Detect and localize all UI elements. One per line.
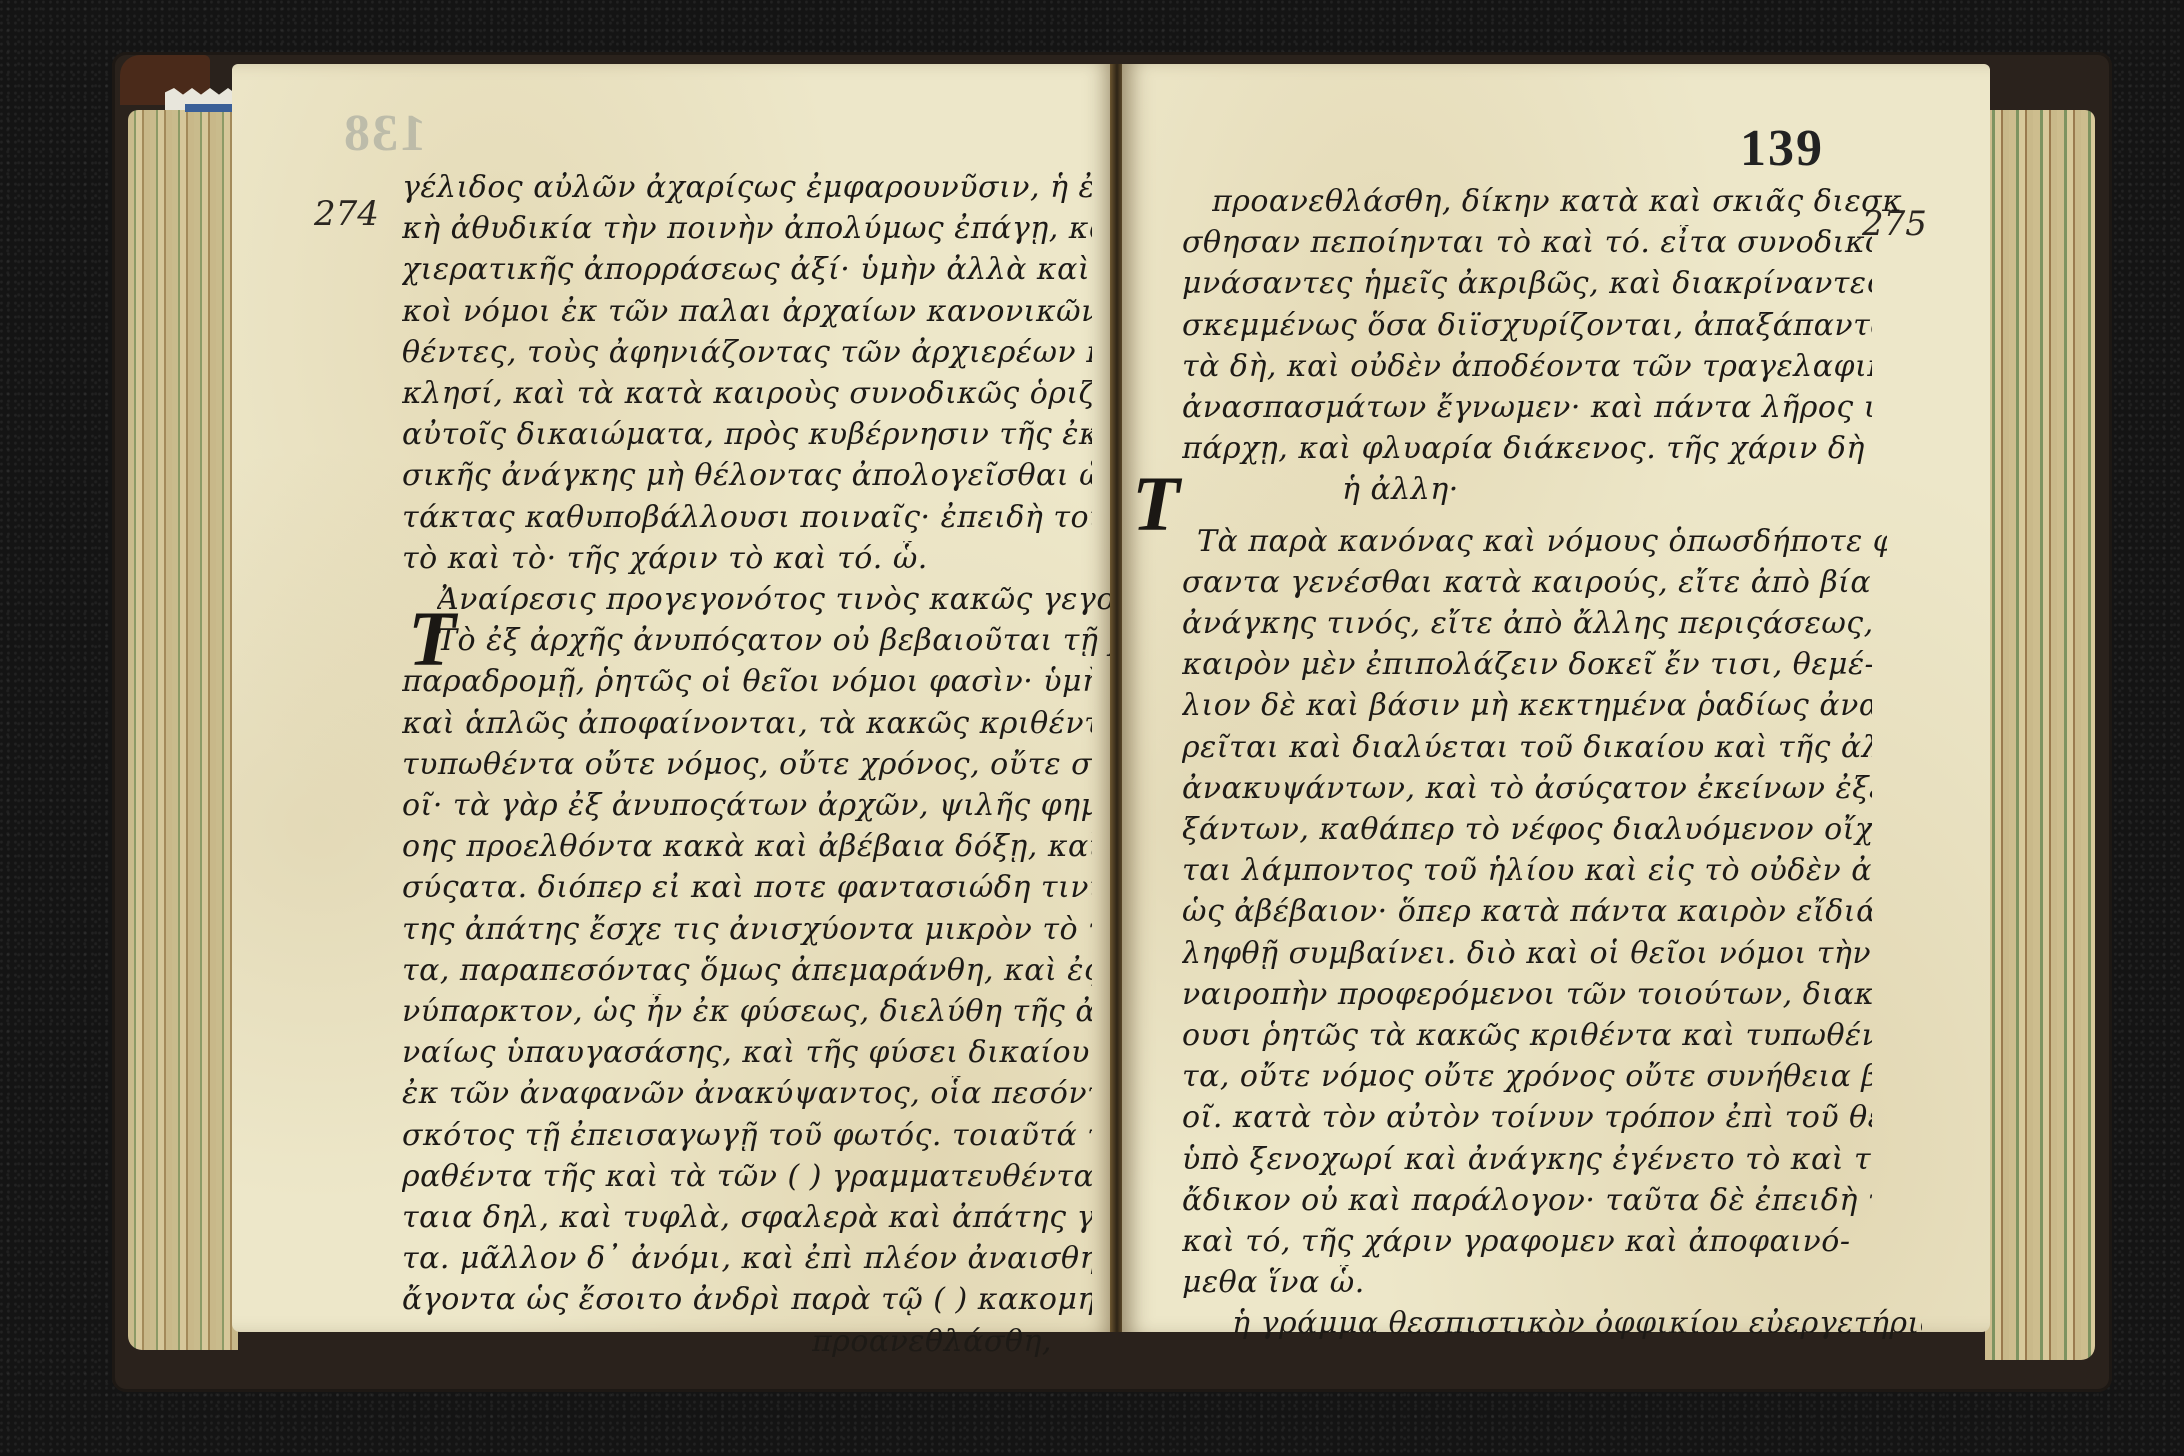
manuscript-line: τάκτας καθυποβάλλουσι ποιναῖς· ἐπειδὴ το… xyxy=(402,500,1092,535)
manuscript-line: ραθέντα τῆς καὶ τὰ τῶν ( ) γραμματευθέντ… xyxy=(402,1159,1092,1194)
manuscript-line: ἐκ τῶν ἀναφανῶν ἀνακύψαντος, οἷα πεσόντο… xyxy=(402,1076,1092,1111)
manuscript-line: ουσι ῥητῶς τὰ κακῶς κριθέντα καὶ τυπωθέν… xyxy=(1182,1018,1872,1053)
decorated-initial: T xyxy=(408,594,456,684)
manuscript-line: θέντες, τοὺς ἀφηνιάζοντας τῶν ἀρχιερέων … xyxy=(402,335,1092,370)
manuscript-line: της ἀπάτης ἔσχε τις ἀνισχύοντα μικρὸν τὸ… xyxy=(402,912,1092,947)
left-page-edges xyxy=(128,110,238,1350)
manuscript-line: Τὸ ἐξ ἀρχῆς ἀνυπόςατον οὐ βεβαιοῦται τῇ … xyxy=(437,623,1127,658)
manuscript-line: ὑπὸ ξενοχωρί καὶ ἀνάγκης ἐγένετο τὸ καὶ … xyxy=(1182,1142,1872,1177)
manuscript-line: σαντα γενέσθαι κατὰ καιρούς, εἴτε ἀπὸ βί… xyxy=(1182,565,1872,600)
manuscript-line: ναίως ὑπαυγασάσης, καὶ τῆς φύσει δικαίου… xyxy=(402,1035,1092,1070)
manuscript-line: τα, οὔτε νόμος οὔτε χρόνος οὔτε συνήθεια… xyxy=(1182,1059,1872,1094)
manuscript-line: αὐτοῖς δικαιώματα, πρὸς κυβέρνησιν τῆς ἐ… xyxy=(402,417,1092,452)
manuscript-line: ληφθῇ συμβαίνει. διὸ καὶ οἱ θεῖοι νόμοι … xyxy=(1182,936,1872,971)
manuscript-line: οῖ. κατὰ τὸν αὐτὸν τοίνυν τρόπον ἐπὶ τοῦ… xyxy=(1182,1100,1872,1135)
manuscript-line: νύπαρκτον, ὡς ἦν ἐκ φύσεως, διελύθη τῆς … xyxy=(402,994,1092,1029)
manuscript-line: λιον δὲ καὶ βάσιν μὴ κεκτημένα ῥαδίως ἀν… xyxy=(1182,688,1872,723)
manuscript-line: κλησί, καὶ τὰ κατὰ καιροὺς συνοδικῶς ὁρι… xyxy=(402,376,1092,411)
manuscript-line: ἀνασπασμάτων ἔγνωμεν· καὶ πάντα λῆρος ὑ- xyxy=(1182,390,1872,425)
manuscript-line: τὰ δὴ, καὶ οὐδὲν ἀποδέοντα τῶν τραγελαφι… xyxy=(1182,349,1872,384)
manuscript-line: Ἀναίρεσις προγεγονότος τινὸς κακῶς γεγον… xyxy=(437,582,1127,617)
manuscript-line: ἀνακυψάντων, καὶ τὸ ἀσύςατον ἐκείνων ἐξε… xyxy=(1182,771,1872,806)
folio-number: 139 xyxy=(1740,119,1824,178)
right-page-edges xyxy=(1985,110,2095,1360)
ghost-folio-number: 138 xyxy=(342,104,426,163)
manuscript-line: καιρὸν μὲν ἐπιπολάζειν δοκεῖ ἔν τισι, θε… xyxy=(1182,647,1872,682)
manuscript-line: μνάσαντες ἡμεῖς ἀκριβῶς, καὶ διακρίναντε… xyxy=(1182,266,1872,301)
manuscript-line: ταια δηλ, καὶ τυφλὰ, σφαλερὰ καὶ ἀπάτης … xyxy=(402,1200,1092,1235)
manuscript-line: ται λάμποντος τοῦ ἡλίου καὶ εἰς τὸ οὐδὲν… xyxy=(1182,853,1872,888)
manuscript-line: ναιροπὴν προφερόμενοι τῶν τοιούτων, διακ… xyxy=(1182,977,1872,1012)
manuscript-line: σθησαν πεποίηνται τὸ καὶ τό. εἶτα συνοδι… xyxy=(1182,225,1872,260)
manuscript-line: οῖ· τὰ γὰρ ἐξ ἀνυποςάτων ἀρχῶν, ψιλῆς φη… xyxy=(402,788,1092,823)
manuscript-line: προανεθλάσθη, xyxy=(812,1324,1112,1359)
manuscript-line: ξάντων, καθάπερ τὸ νέφος διαλυόμενον οἴχ… xyxy=(1182,812,1872,847)
margin-number: 274 xyxy=(314,194,379,234)
manuscript-line: ἄγοντα ὡς ἔσοιτο ἀνδρὶ παρὰ τῷ ( ) κακομ… xyxy=(402,1282,1092,1317)
manuscript-line: τυπωθέντα οὔτε νόμος, οὔτε χρόνος, οὔτε … xyxy=(402,747,1092,782)
manuscript-line: τα. μᾶλλον δ᾽ ἀνόμι, καὶ ἐπὶ πλέον ἀναισ… xyxy=(402,1241,1092,1276)
manuscript-line: ἀνάγκης τινός, εἴτε ἀπὸ ἄλλης περιςάσεως… xyxy=(1182,606,1872,641)
right-page: 139 275 προανεθλάσθη, δίκην κατὰ καὶ σκι… xyxy=(1122,64,1990,1332)
manuscript-line: οης προελθόντα κακὰ καὶ ἀβέβαια δόξῃ, κα… xyxy=(402,829,1092,864)
manuscript-line: τὸ καὶ τὸ· τῆς χάριν τὸ καὶ τό. ὧ. xyxy=(402,541,1092,576)
manuscript-line: σκεμμένως ὅσα διϊσχυρίζονται, ἀπαξάπαντα xyxy=(1182,308,1872,343)
manuscript-line: Τὰ παρὰ κανόνας καὶ νόμους ὁπωσδήποτε φθ… xyxy=(1197,524,1887,559)
manuscript-line: κὴ ἀθυδικία τὴν ποινὴν ἀπολύμως ἐπάγῃ, κ… xyxy=(402,211,1092,246)
manuscript-line: τα, παραπεσόντας ὅμως ἀπεμαράνθη, καὶ ἐς… xyxy=(402,953,1092,988)
manuscript-line: καὶ ἁπλῶς ἀποφαίνονται, τὰ κακῶς κριθέντ… xyxy=(402,706,1092,741)
manuscript-line: σκότος τῇ ἐπεισαγωγῇ τοῦ φωτός. τοιαῦτά … xyxy=(402,1118,1092,1153)
manuscript-line: καὶ τό, τῆς χάριν γραφομεν καὶ ἀποφαινό- xyxy=(1182,1224,1872,1259)
manuscript-line: ρεῖται καὶ διαλύεται τοῦ δικαίου καὶ τῆς… xyxy=(1182,730,1872,765)
manuscript-line: ὡς ἀβέβαιον· ὅπερ κατὰ πάντα καιρὸν εἴδι… xyxy=(1182,894,1872,929)
manuscript-line: ἡ ἀλλη· xyxy=(1342,472,2032,507)
manuscript-line: ἄδικον οὐ καὶ παράλογον· ταῦτα δὲ ἐπειδὴ… xyxy=(1182,1183,1872,1218)
manuscript-line: παραδρομῇ, ῥητῶς οἱ θεῖοι νόμοι φασὶν· ὑ… xyxy=(402,664,1092,699)
decorated-initial: T xyxy=(1132,459,1180,549)
manuscript-line: κοὶ νόμοι ἐκ τῶν παλαι ἀρχαίων κανονικῶν… xyxy=(402,294,1092,329)
manuscript-line: πάρχῃ, καὶ φλυαρία διάκενος. τῆς χάριν δ… xyxy=(1182,431,1872,466)
manuscript-line: μεθα ἵνα ὧ. xyxy=(1182,1265,1872,1300)
manuscript-line: γέλιδος αὐλῶν ἀχαρίςως ἐμφαρουνῦσιν, ἡ ἐ… xyxy=(402,170,1092,205)
manuscript-line: χιερατικῆς ἀπορράσεως ἀξί· ὑμὴν ἀλλὰ καὶ… xyxy=(402,252,1092,287)
manuscript-line: ἡ γράμμα θεσπιστικὸν ὀφφικίου εὐεργετήρι… xyxy=(1232,1306,1922,1341)
manuscript-line: σύςατα. διόπερ εἰ καὶ ποτε φαντασιώδη τι… xyxy=(402,870,1092,905)
manuscript-line: σικῆς ἀνάγκης μὴ θέλοντας ἀπολογεῖσθαι ὡ… xyxy=(402,458,1092,493)
left-page: 138 274 γέλιδος αὐλῶν ἀχαρίςως ἐμφαρουνῦ… xyxy=(232,64,1115,1332)
manuscript-line: προανεθλάσθη, δίκην κατὰ καὶ σκιᾶς διεσκ… xyxy=(1212,184,1902,219)
